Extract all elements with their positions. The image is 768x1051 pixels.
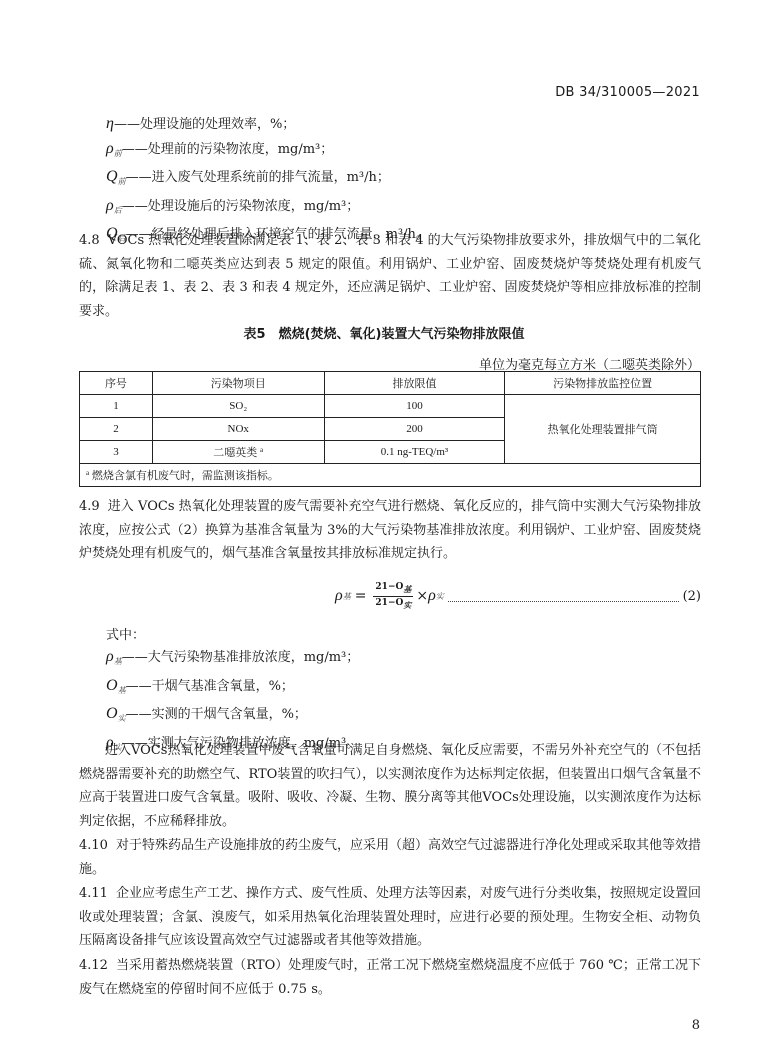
section-text: 当采用蓄热燃烧装置（RTO）处理废气时，正常工况下燃烧室燃烧温度不应低于 760… — [79, 958, 701, 997]
footnote-marker: a — [260, 446, 263, 454]
section-text: 进入 VOCs 热氧化处理装置的废气需要补充空气进行燃烧、氧化反应的，排气筒中实… — [79, 499, 701, 561]
formula-rhs-symbol: ρ — [428, 587, 436, 605]
section-number: 4.12 — [79, 958, 108, 973]
definition-subscript: 后 — [114, 206, 122, 215]
table-title: 表5 燃烧(焚烧、氧化)装置大气污染物排放限值 — [0, 323, 768, 342]
column-header: 污染物排放监控位置 — [505, 372, 701, 395]
times-sign: × — [416, 588, 428, 604]
definition-symbol: ρ — [106, 197, 114, 214]
formula-rhs-subscript: 实 — [436, 591, 444, 602]
standard-code-header: DB 34/310005—2021 — [555, 85, 700, 100]
definition-row: O实——实测的干烟气含氧量，%； — [106, 702, 359, 731]
limit-cell: 0.1 ng-TEQ/m³ — [324, 441, 505, 464]
fraction-denominator: 21−O实 — [373, 597, 413, 611]
row-number: 2 — [80, 418, 153, 441]
page-number: 8 — [692, 1018, 700, 1033]
limit-cell: 200 — [324, 418, 505, 441]
section-text: 对于特殊药品生产设施排放的药尘废气，应采用（超）高效空气过滤器进行净化处理或采取… — [79, 838, 701, 877]
formula-lhs-subscript: 基 — [343, 591, 351, 602]
column-header: 序号 — [80, 372, 153, 395]
formula-2: ρ基 = 21−O基 21−O实 × ρ实 (2) — [335, 578, 701, 614]
section-text: 企业应考虑生产工艺、操作方式、废气性质、处理方法等因素，对废气进行分类收集，按照… — [79, 886, 701, 948]
row-number: 1 — [80, 395, 153, 418]
definition-text: ——大气污染物基准排放浓度，mg/m³； — [122, 650, 360, 665]
definition-subscript: 前 — [114, 149, 122, 158]
definition-row: ρ后——处理设施后的污染物浓度，mg/m³； — [106, 194, 429, 223]
definition-symbol: ρ — [106, 648, 114, 665]
section-number: 4.8 — [79, 233, 100, 248]
equation-number: (2) — [683, 589, 701, 604]
definition-subscript: 实 — [118, 714, 126, 723]
footnote-text: 燃烧含氯有机废气时，需监测该指标。 — [92, 470, 279, 482]
definition-symbol: O — [106, 705, 118, 722]
section-4-9: 4.9进入 VOCs 热氧化处理装置的废气需要补充空气进行燃烧、氧化反应的，排气… — [79, 495, 701, 566]
pollutant-cell: NOx — [152, 418, 324, 441]
definition-text: ——处理设施的处理效率，%； — [114, 117, 295, 132]
definition-row: ρ前——处理前的污染物浓度，mg/m³； — [106, 137, 429, 166]
pollutant-cell: 二噁英类 a — [152, 441, 324, 464]
table-footnote-row: a 燃烧含氯有机废气时，需监测该指标。 — [80, 464, 701, 487]
equals-sign: = — [355, 588, 367, 604]
emission-limits-table: 序号 污染物项目 排放限值 污染物排放监控位置 1 SO₂ 100 热氧化处理装… — [79, 371, 701, 487]
definition-text: ——干烟气基准含氧量，%； — [126, 679, 294, 694]
definition-text: ——进入废气处理系统前的排气流量，m³/h； — [126, 170, 390, 185]
table-header-row: 序号 污染物项目 排放限值 污染物排放监控位置 — [80, 372, 701, 395]
fraction-numerator: 21−O基 — [373, 582, 413, 597]
paragraph-actual-concentration: 进入VOCs热氧化处理装置中废气含氧量可满足自身燃烧、氧化反应需要，不需另外补充… — [79, 739, 701, 833]
dot-leader — [448, 591, 679, 602]
where-label: 式中： — [106, 624, 145, 643]
definition-row: ρ基——大气污染物基准排放浓度，mg/m³； — [106, 645, 359, 674]
definition-subscript: 基 — [118, 686, 126, 695]
section-4-11: 4.11企业应考虑生产工艺、操作方式、废气性质、处理方法等因素，对废气进行分类收… — [79, 882, 701, 953]
definition-symbol: Q — [106, 168, 118, 185]
definition-subscript: 前 — [118, 177, 126, 186]
monitoring-location-cell: 热氧化处理装置排气筒 — [505, 395, 701, 464]
footnote-marker: a — [86, 469, 89, 477]
row-number: 3 — [80, 441, 153, 464]
section-number: 4.10 — [79, 838, 108, 853]
definition-symbol: O — [106, 677, 118, 694]
pollutant-name: 二噁英类 — [213, 447, 257, 459]
limit-cell: 100 — [324, 395, 505, 418]
definition-subscript: 基 — [114, 657, 122, 666]
section-4-12: 4.12当采用蓄热燃烧装置（RTO）处理废气时，正常工况下燃烧室燃烧温度不应低于… — [79, 954, 701, 1001]
table-row: 1 SO₂ 100 热氧化处理装置排气筒 — [80, 395, 701, 418]
table-footnote: a 燃烧含氯有机废气时，需监测该指标。 — [80, 464, 701, 487]
definition-symbol: η — [106, 115, 114, 132]
definition-text: ——处理前的污染物浓度，mg/m³； — [122, 142, 334, 157]
pollutant-cell: SO₂ — [152, 395, 324, 418]
section-4-10: 4.10对于特殊药品生产设施排放的药尘废气，应采用（超）高效空气过滤器进行净化处… — [79, 834, 701, 881]
definition-text: ——实测的干烟气含氧量，%； — [126, 707, 307, 722]
section-text: VOCs 热氧化处理装置除满足表 1、表 2、表 3 和表 4 的大气污染物排放… — [79, 233, 701, 319]
definition-row: O基——干烟气基准含氧量，%； — [106, 674, 359, 703]
definition-symbol: ρ — [106, 140, 114, 157]
section-4-8: 4.8VOCs 热氧化处理装置除满足表 1、表 2、表 3 和表 4 的大气污染… — [79, 229, 701, 323]
column-header: 污染物项目 — [152, 372, 324, 395]
column-header: 排放限值 — [324, 372, 505, 395]
formula-lhs-symbol: ρ — [335, 587, 343, 605]
definition-row: Q前——进入废气处理系统前的排气流量，m³/h； — [106, 165, 429, 194]
section-number: 4.9 — [79, 499, 100, 514]
formula-fraction: 21−O基 21−O实 — [373, 582, 413, 611]
definition-text: ——处理设施后的污染物浓度，mg/m³； — [122, 199, 360, 214]
definition-row: η——处理设施的处理效率，%； — [106, 112, 429, 137]
section-number: 4.11 — [79, 886, 108, 901]
